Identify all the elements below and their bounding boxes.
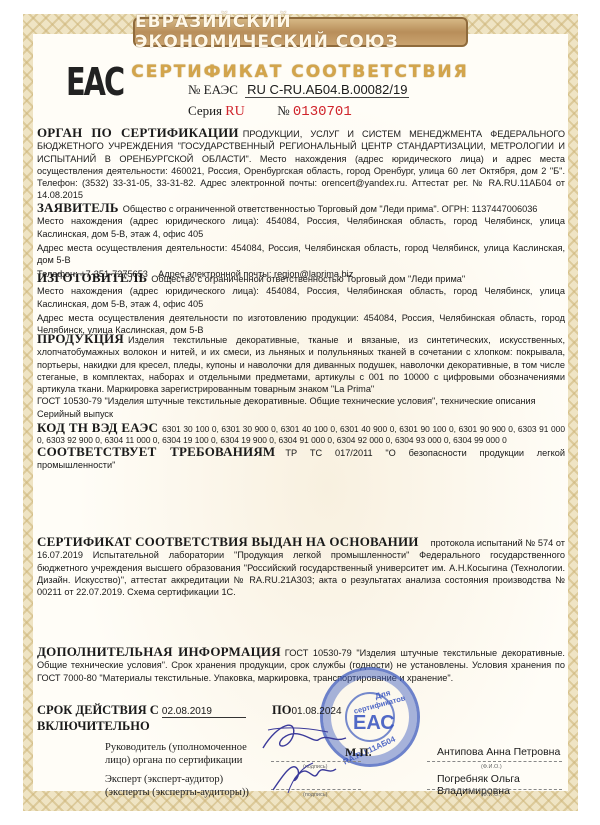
reg-prefix: № ЕАЭС [188, 82, 238, 97]
union-title: ЕВРАЗИЙСКИЙ ЭКОНОМИЧЕСКИЙ СОЮЗ [135, 12, 466, 52]
validity-from-date: 02.08.2019 [162, 706, 246, 718]
seal-label: М.П. [345, 745, 372, 760]
applicant-line-2: Место нахождения (адрес юридического лиц… [37, 215, 565, 240]
expert-signature-icon [268, 755, 338, 795]
number-prefix: № [277, 103, 289, 118]
section-applicant: ЗАЯВИТЕЛЬОбщество с ограниченной ответст… [37, 202, 565, 281]
section-product: ПРОДУКЦИЯИзделия текстильные декоративны… [37, 333, 565, 420]
applicant-line-1: Общество с ограниченной ответственностью… [123, 204, 538, 214]
registration-number-line: № ЕАЭС RU C-RU.АБ04.В.00082/19 [188, 82, 409, 98]
validity-from: СРОК ДЕЙСТВИЯ С 02.08.2019 [37, 703, 246, 718]
applicant-line-3: Адрес места осуществления деятельности: … [37, 242, 565, 267]
heading-complies: СООТВЕТСТВУЕТ ТРЕБОВАНИЯМ [37, 444, 275, 459]
head-fio-line [427, 761, 562, 762]
reg-number: RU C-RU.АБ04.В.00082/19 [245, 82, 409, 98]
validity-from-label: СРОК ДЕЙСТВИЯ С [37, 703, 159, 717]
head-name: Антипова Анна Петровна [437, 746, 560, 758]
manufacturer-line-1: Общество с ограниченной ответственностью… [151, 274, 465, 284]
head-signature-icon [258, 718, 348, 758]
product-release-type: Серийный выпуск [37, 408, 565, 420]
validity-to-date: 01.08.2024 [291, 706, 341, 717]
section-tn-ved: КОД ТН ВЭД ЕАЭС6301 30 100 0, 6301 30 90… [37, 422, 565, 446]
validity-to-label: ПО [272, 703, 291, 717]
heading-basis: СЕРТИФИКАТ СООТВЕТСТВИЯ ВЫДАН НА ОСНОВАН… [37, 534, 419, 549]
expert-fio-line [427, 789, 562, 790]
heading-product: ПРОДУКЦИЯ [37, 331, 124, 346]
heading-additional-info: ДОПОЛНИТЕЛЬНАЯ ИНФОРМАЦИЯ [37, 644, 281, 659]
series-value: RU [225, 104, 244, 119]
product-standard: ГОСТ 10530-79 "Изделия штучные текстильн… [37, 395, 565, 407]
section-additional-info: ДОПОЛНИТЕЛЬНАЯ ИНФОРМАЦИЯГОСТ 10530-79 "… [37, 646, 565, 684]
expert-fio-caption: (Ф.И.О.) [481, 792, 502, 798]
section-complies: СООТВЕТСТВУЕТ ТРЕБОВАНИЯМТР ТС 017/2011 … [37, 446, 565, 472]
eac-logo: EAC [66, 60, 112, 103]
validity-to: ПО01.08.2024 [272, 703, 342, 718]
section-certification-body: ОРГАН ПО СЕРТИФИКАЦИИПРОДУКЦИИ, УСЛУГ И … [37, 127, 565, 202]
series-label: Серия [188, 103, 222, 118]
union-header-band: ЕВРАЗИЙСКИЙ ЭКОНОМИЧЕСКИЙ СОЮЗ [133, 17, 468, 47]
heading-applicant: ЗАЯВИТЕЛЬ [37, 200, 119, 215]
head-fio-caption: (Ф.И.О.) [481, 764, 502, 770]
manufacturer-line-2: Место нахождения (адрес юридического лиц… [37, 285, 565, 310]
blank-number: 0130701 [293, 104, 352, 120]
heading-certification-body: ОРГАН ПО СЕРТИФИКАЦИИ [37, 125, 239, 140]
heading-tn-ved: КОД ТН ВЭД ЕАЭС [37, 420, 158, 435]
section-manufacturer: ИЗГОТОВИТЕЛЬОбщество с ограниченной отве… [37, 272, 565, 336]
series-line: Серия RU № 0130701 [188, 103, 352, 120]
expert-role-label: Эксперт (эксперт-аудитор) (эксперты (экс… [105, 773, 270, 799]
validity-inclusive: ВКЛЮЧИТЕЛЬНО [37, 719, 150, 734]
heading-manufacturer: ИЗГОТОВИТЕЛЬ [37, 270, 147, 285]
section-basis: СЕРТИФИКАТ СООТВЕТСТВИЯ ВЫДАН НА ОСНОВАН… [37, 536, 565, 598]
certification-body-text: ПРОДУКЦИИ, УСЛУГ И СИСТЕМ МЕНЕДЖМЕНТА ФЕ… [37, 129, 565, 200]
head-role-label: Руководитель (уполномоченное лицо) орган… [105, 741, 265, 767]
